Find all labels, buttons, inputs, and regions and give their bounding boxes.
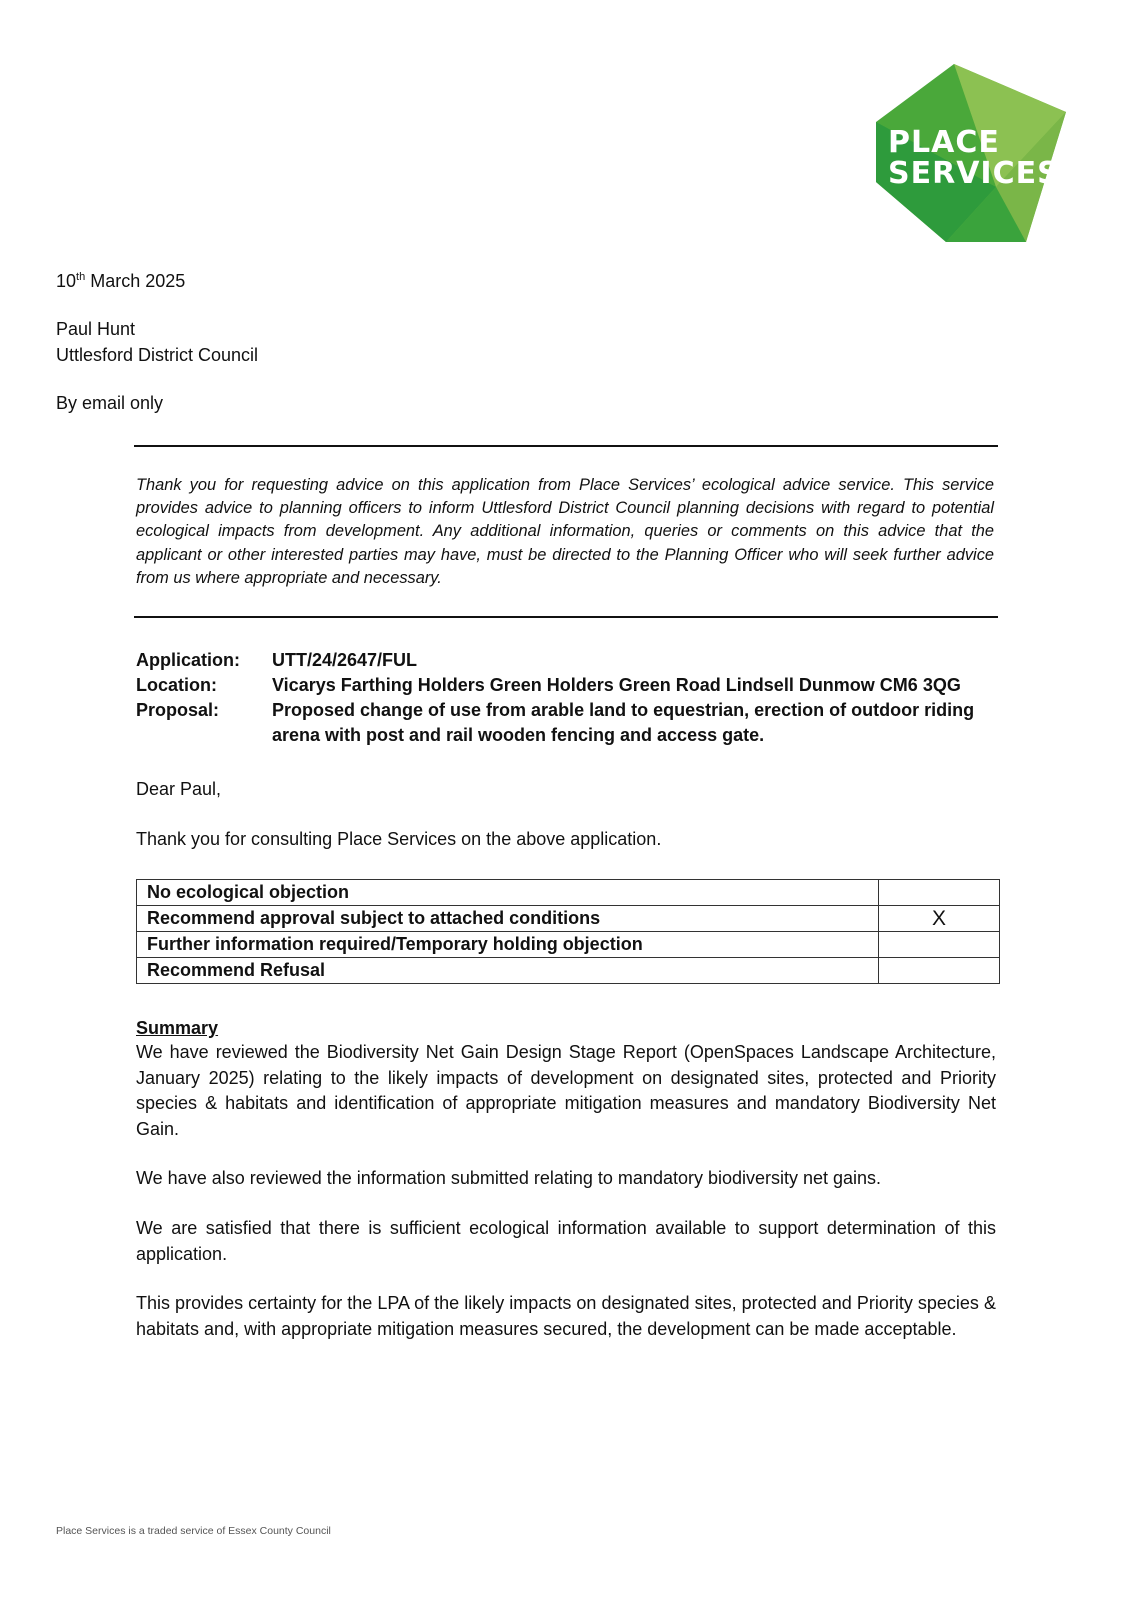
- summary-heading: Summary: [136, 1015, 218, 1041]
- table-row: Recommend approval subject to attached c…: [137, 906, 1000, 932]
- application-row: Application: UTT/24/2647/FUL: [136, 648, 996, 673]
- divider-bottom: [134, 616, 998, 618]
- logo-gem-icon: PLACE SERVICES: [876, 62, 1076, 252]
- recipient-address: Paul Hunt Uttlesford District Council: [56, 316, 258, 368]
- application-proposal: Proposed change of use from arable land …: [272, 698, 996, 748]
- disclaimer-text: Thank you for requesting advice on this …: [136, 474, 994, 590]
- delivery-method: By email only: [56, 390, 163, 416]
- summary-paragraph: We have also reviewed the information su…: [136, 1166, 996, 1192]
- proposal-row: Proposal: Proposed change of use from ar…: [136, 698, 996, 748]
- application-location: Vicarys Farthing Holders Green Holders G…: [272, 673, 996, 698]
- letter-date: 10th March 2025: [56, 268, 185, 294]
- table-row: Further information required/Temporary h…: [137, 932, 1000, 958]
- application-details: Application: UTT/24/2647/FUL Location: V…: [136, 648, 996, 748]
- letter-page: PLACE SERVICES 10th March 2025 Paul Hunt…: [0, 0, 1130, 1600]
- summary-body: We have reviewed the Biodiversity Net Ga…: [136, 1040, 996, 1366]
- table-row: Recommend Refusal: [137, 958, 1000, 984]
- divider-top: [134, 445, 998, 447]
- svg-text:PLACE: PLACE: [888, 125, 1000, 160]
- selected-mark: X: [879, 906, 1000, 932]
- summary-paragraph: We have reviewed the Biodiversity Net Ga…: [136, 1040, 996, 1142]
- recipient-org: Uttlesford District Council: [56, 342, 258, 368]
- summary-paragraph: This provides certainty for the LPA of t…: [136, 1291, 996, 1342]
- table-row: No ecological objection: [137, 880, 1000, 906]
- footer-text: Place Services is a traded service of Es…: [56, 1525, 331, 1537]
- application-reference: UTT/24/2647/FUL: [272, 648, 996, 673]
- summary-paragraph: We are satisfied that there is sufficien…: [136, 1216, 996, 1267]
- recommendation-table: No ecological objection Recommend approv…: [136, 879, 1000, 984]
- place-services-logo: PLACE SERVICES: [876, 62, 1076, 252]
- salutation: Dear Paul,: [136, 776, 221, 802]
- intro-text: Thank you for consulting Place Services …: [136, 826, 661, 852]
- recipient-name: Paul Hunt: [56, 316, 258, 342]
- location-row: Location: Vicarys Farthing Holders Green…: [136, 673, 996, 698]
- svg-text:SERVICES: SERVICES: [888, 156, 1060, 191]
